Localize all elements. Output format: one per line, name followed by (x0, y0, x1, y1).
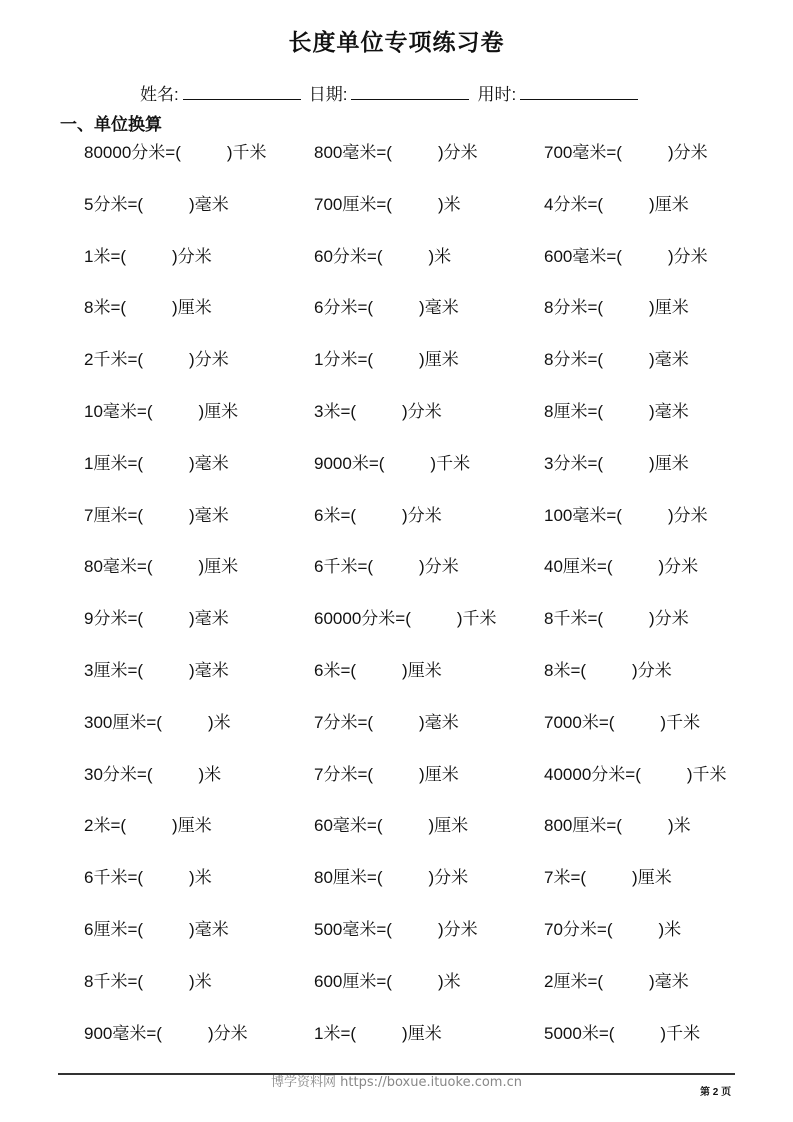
problem-target-unit: )毫米 (189, 656, 229, 681)
problem-row: 5分米=()毫米700厘米=()米4分米=()厘米 (84, 190, 784, 214)
problem-given: 70分米=( (544, 915, 613, 940)
problem-target-unit: )厘米 (649, 449, 689, 474)
conversion-problem: 8千米=()分米 (544, 604, 689, 629)
problem-given: 600毫米=( (544, 242, 622, 267)
problem-given: 9分米=( (84, 604, 143, 629)
answer-blank[interactable] (392, 190, 438, 215)
conversion-problem: 40厘米=()分米 (544, 552, 698, 577)
answer-blank[interactable] (373, 345, 419, 370)
conversion-problem: 8厘米=()毫米 (544, 397, 689, 422)
problem-given: 40000分米=( (544, 760, 641, 785)
name-label: 姓名: (140, 80, 179, 105)
problem-given: 7000米=( (544, 708, 614, 733)
problem-target-unit: )千米 (687, 760, 727, 785)
problem-given: 8米=( (84, 293, 126, 318)
answer-blank[interactable] (356, 397, 402, 422)
answer-blank[interactable] (153, 397, 199, 422)
problem-given: 80毫米=( (84, 552, 153, 577)
conversion-problem: 10毫米=()厘米 (84, 397, 238, 422)
conversion-problem: 1米=()厘米 (314, 1019, 442, 1044)
problem-given: 2厘米=( (544, 967, 603, 992)
problem-target-unit: )千米 (430, 449, 470, 474)
answer-blank[interactable] (614, 1019, 660, 1044)
answer-blank[interactable] (392, 138, 438, 163)
problem-given: 1米=( (84, 242, 126, 267)
problem-given: 60000分米=( (314, 604, 411, 629)
conversion-problem: 60分米=()米 (314, 242, 451, 267)
problem-given: 8千米=( (84, 967, 143, 992)
answer-blank[interactable] (392, 967, 438, 992)
conversion-problem: 600厘米=()米 (314, 967, 461, 992)
problem-given: 6米=( (314, 501, 356, 526)
problem-target-unit: )分米 (189, 345, 229, 370)
problem-target-unit: )千米 (660, 708, 700, 733)
problem-target-unit: )分米 (632, 656, 672, 681)
conversion-problem: 8千米=()米 (84, 967, 212, 992)
problem-given: 7米=( (544, 863, 586, 888)
date-blank[interactable] (351, 85, 469, 100)
problem-target-unit: )千米 (227, 138, 267, 163)
answer-blank[interactable] (603, 967, 649, 992)
problem-given: 300厘米=( (84, 708, 162, 733)
answer-blank[interactable] (373, 552, 419, 577)
conversion-problem: 5分米=()毫米 (84, 190, 229, 215)
conversion-problem: 300厘米=()米 (84, 708, 231, 733)
conversion-problem: 9分米=()毫米 (84, 604, 229, 629)
answer-blank[interactable] (603, 604, 649, 629)
answer-blank[interactable] (613, 915, 659, 940)
problem-target-unit: )厘米 (172, 293, 212, 318)
conversion-problem: 3米=()分米 (314, 397, 442, 422)
problem-target-unit: )毫米 (189, 604, 229, 629)
answer-blank[interactable] (162, 708, 208, 733)
problem-given: 7厘米=( (84, 501, 143, 526)
answer-blank[interactable] (383, 863, 429, 888)
problem-target-unit: )千米 (457, 604, 497, 629)
conversion-problem: 40000分米=()千米 (544, 760, 727, 785)
problem-given: 6千米=( (84, 863, 143, 888)
answer-blank[interactable] (373, 293, 419, 318)
conversion-problem: 7分米=()毫米 (314, 708, 459, 733)
problem-row: 30分米=()米7分米=()厘米40000分米=()千米 (84, 760, 784, 784)
answer-blank[interactable] (356, 1019, 402, 1044)
conversion-problem: 7分米=()厘米 (314, 760, 459, 785)
answer-blank[interactable] (143, 967, 189, 992)
problem-target-unit: )毫米 (419, 708, 459, 733)
problem-target-unit: )米 (438, 967, 461, 992)
answer-blank[interactable] (384, 449, 430, 474)
answer-blank[interactable] (181, 138, 227, 163)
conversion-problem: 7米=()厘米 (544, 863, 672, 888)
conversion-problem: 70分米=()米 (544, 915, 681, 940)
problem-given: 60毫米=( (314, 811, 383, 836)
problem-target-unit: )毫米 (189, 501, 229, 526)
problem-target-unit: )厘米 (429, 811, 469, 836)
answer-blank[interactable] (603, 449, 649, 474)
conversion-problem: 80000分米=()千米 (84, 138, 267, 163)
answer-blank[interactable] (143, 863, 189, 888)
answer-blank[interactable] (126, 293, 172, 318)
problem-target-unit: )厘米 (402, 656, 442, 681)
conversion-problem: 5000米=()千米 (544, 1019, 700, 1044)
answer-blank[interactable] (143, 604, 189, 629)
problem-given: 80厘米=( (314, 863, 383, 888)
problem-given: 7分米=( (314, 708, 373, 733)
conversion-problem: 900毫米=()分米 (84, 1019, 248, 1044)
problem-row: 6厘米=()毫米500毫米=()分米70分米=()米 (84, 915, 784, 939)
problem-given: 800毫米=( (314, 138, 392, 163)
problem-target-unit: )分米 (649, 604, 689, 629)
conversion-problem: 8米=()分米 (544, 656, 672, 681)
problem-given: 3厘米=( (84, 656, 143, 681)
section-heading: 一、单位换算 (60, 110, 162, 135)
problem-given: 1分米=( (314, 345, 373, 370)
conversion-problem: 1厘米=()毫米 (84, 449, 229, 474)
problem-row: 1厘米=()毫米9000米=()千米3分米=()厘米 (84, 449, 784, 473)
answer-blank[interactable] (603, 345, 649, 370)
conversion-problem: 6厘米=()毫米 (84, 915, 229, 940)
answer-blank[interactable] (143, 190, 189, 215)
answer-blank[interactable] (622, 501, 668, 526)
problem-target-unit: )厘米 (632, 863, 672, 888)
problem-row: 3厘米=()毫米6米=()厘米8米=()分米 (84, 656, 784, 680)
problem-target-unit: )分米 (438, 138, 478, 163)
answer-blank[interactable] (641, 760, 687, 785)
answer-blank[interactable] (622, 242, 668, 267)
problem-given: 8分米=( (544, 345, 603, 370)
problem-row: 7厘米=()毫米6米=()分米100毫米=()分米 (84, 501, 784, 525)
conversion-problem: 60毫米=()厘米 (314, 811, 468, 836)
conversion-problem: 6千米=()米 (84, 863, 212, 888)
answer-blank[interactable] (603, 397, 649, 422)
problem-given: 10毫米=( (84, 397, 153, 422)
answer-blank[interactable] (383, 242, 429, 267)
answer-blank[interactable] (356, 656, 402, 681)
conversion-problem: 800厘米=()米 (544, 811, 691, 836)
problem-given: 1米=( (314, 1019, 356, 1044)
problem-row: 2米=()厘米60毫米=()厘米800厘米=()米 (84, 811, 784, 835)
conversion-problem: 700毫米=()分米 (544, 138, 708, 163)
problem-target-unit: )分米 (402, 501, 442, 526)
answer-blank[interactable] (356, 501, 402, 526)
answer-blank[interactable] (143, 656, 189, 681)
answer-blank[interactable] (126, 242, 172, 267)
problem-target-unit: )毫米 (649, 967, 689, 992)
problem-given: 6厘米=( (84, 915, 143, 940)
problem-target-unit: )米 (429, 242, 452, 267)
conversion-problem: 7000米=()千米 (544, 708, 700, 733)
problem-given: 9000米=( (314, 449, 384, 474)
problem-given: 8米=( (544, 656, 586, 681)
problem-row: 80000分米=()千米800毫米=()分米700毫米=()分米 (84, 138, 784, 162)
time-blank[interactable] (520, 85, 638, 100)
conversion-problem: 8米=()厘米 (84, 293, 212, 318)
answer-blank[interactable] (622, 138, 668, 163)
conversion-problem: 500毫米=()分米 (314, 915, 478, 940)
conversion-problem: 6米=()厘米 (314, 656, 442, 681)
problem-row: 900毫米=()分米1米=()厘米5000米=()千米 (84, 1019, 784, 1043)
conversion-problem: 2厘米=()毫米 (544, 967, 689, 992)
problem-target-unit: )分米 (172, 242, 212, 267)
page-number: 第 2 页 (700, 1083, 731, 1098)
problem-given: 80000分米=( (84, 138, 181, 163)
conversion-problem: 80厘米=()分米 (314, 863, 468, 888)
problem-row: 80毫米=()厘米6千米=()分米40厘米=()分米 (84, 552, 784, 576)
problem-given: 700厘米=( (314, 190, 392, 215)
problem-target-unit: )厘米 (199, 552, 239, 577)
date-label: 日期: (309, 80, 348, 105)
problem-target-unit: )分米 (208, 1019, 248, 1044)
problem-target-unit: )厘米 (402, 1019, 442, 1044)
conversion-problem: 600毫米=()分米 (544, 242, 708, 267)
answer-blank[interactable] (613, 552, 659, 577)
problem-row: 300厘米=()米7分米=()毫米7000米=()千米 (84, 708, 784, 732)
problem-row: 8千米=()米600厘米=()米2厘米=()毫米 (84, 967, 784, 991)
problem-target-unit: )毫米 (649, 397, 689, 422)
answer-blank[interactable] (143, 915, 189, 940)
problem-target-unit: )厘米 (172, 811, 212, 836)
problem-row: 6千米=()米80厘米=()分米7米=()厘米 (84, 863, 784, 887)
problem-target-unit: )千米 (660, 1019, 700, 1044)
answer-blank[interactable] (392, 915, 438, 940)
problem-given: 100毫米=( (544, 501, 622, 526)
answer-blank[interactable] (373, 760, 419, 785)
answer-blank[interactable] (143, 449, 189, 474)
problem-given: 8千米=( (544, 604, 603, 629)
problem-target-unit: )毫米 (419, 293, 459, 318)
problem-given: 3分米=( (544, 449, 603, 474)
answer-blank[interactable] (143, 345, 189, 370)
problem-given: 900毫米=( (84, 1019, 162, 1044)
conversion-problem: 2米=()厘米 (84, 811, 212, 836)
watermark: 博学资料网 https://boxue.ituoke.com.cn (0, 1071, 793, 1090)
conversion-problem: 800毫米=()分米 (314, 138, 478, 163)
conversion-problem: 6分米=()毫米 (314, 293, 459, 318)
problem-row: 1米=()分米60分米=()米600毫米=()分米 (84, 242, 784, 266)
problem-target-unit: )米 (668, 811, 691, 836)
problem-given: 700毫米=( (544, 138, 622, 163)
problem-row: 2千米=()分米1分米=()厘米8分米=()毫米 (84, 345, 784, 369)
answer-blank[interactable] (373, 708, 419, 733)
conversion-problem: 3厘米=()毫米 (84, 656, 229, 681)
problem-target-unit: )厘米 (649, 293, 689, 318)
conversion-problem: 6千米=()分米 (314, 552, 459, 577)
problem-given: 8厘米=( (544, 397, 603, 422)
problem-given: 5分米=( (84, 190, 143, 215)
problem-given: 4分米=( (544, 190, 603, 215)
problem-target-unit: )厘米 (419, 345, 459, 370)
problem-target-unit: )分米 (668, 242, 708, 267)
problem-target-unit: )米 (199, 760, 222, 785)
problem-target-unit: )毫米 (189, 190, 229, 215)
answer-blank[interactable] (126, 811, 172, 836)
conversion-problem: 7厘米=()毫米 (84, 501, 229, 526)
conversion-problem: 6米=()分米 (314, 501, 442, 526)
problem-given: 800厘米=( (544, 811, 622, 836)
problem-target-unit: )厘米 (419, 760, 459, 785)
problem-given: 6千米=( (314, 552, 373, 577)
problem-given: 6分米=( (314, 293, 373, 318)
problem-target-unit: )米 (189, 863, 212, 888)
problem-target-unit: )分米 (429, 863, 469, 888)
problem-target-unit: )分米 (402, 397, 442, 422)
problem-target-unit: )厘米 (199, 397, 239, 422)
problem-target-unit: )分米 (419, 552, 459, 577)
answer-blank[interactable] (411, 604, 457, 629)
conversion-problem: 60000分米=()千米 (314, 604, 497, 629)
problem-given: 2千米=( (84, 345, 143, 370)
problem-given: 60分米=( (314, 242, 383, 267)
problem-target-unit: )分米 (668, 501, 708, 526)
problem-given: 6米=( (314, 656, 356, 681)
conversion-problem: 700厘米=()米 (314, 190, 461, 215)
answer-blank[interactable] (383, 811, 429, 836)
conversion-problem: 8分米=()毫米 (544, 345, 689, 370)
problem-row: 9分米=()毫米60000分米=()千米8千米=()分米 (84, 604, 784, 628)
conversion-problem: 100毫米=()分米 (544, 501, 708, 526)
problem-target-unit: )分米 (438, 915, 478, 940)
problem-row: 8米=()厘米6分米=()毫米8分米=()厘米 (84, 293, 784, 317)
answer-blank[interactable] (162, 1019, 208, 1044)
problem-given: 8分米=( (544, 293, 603, 318)
answer-blank[interactable] (622, 811, 668, 836)
problem-given: 5000米=( (544, 1019, 614, 1044)
problem-given: 2米=( (84, 811, 126, 836)
answer-blank[interactable] (153, 552, 199, 577)
answer-blank[interactable] (586, 656, 632, 681)
answer-blank[interactable] (603, 293, 649, 318)
answer-blank[interactable] (586, 863, 632, 888)
conversion-problem: 9000米=()千米 (314, 449, 470, 474)
time-label: 用时: (477, 80, 516, 105)
problem-given: 7分米=( (314, 760, 373, 785)
problem-given: 3米=( (314, 397, 356, 422)
name-blank[interactable] (183, 85, 301, 100)
answer-blank[interactable] (143, 501, 189, 526)
answer-blank[interactable] (603, 190, 649, 215)
conversion-problem: 30分米=()米 (84, 760, 221, 785)
page-title: 长度单位专项练习卷 (0, 24, 793, 57)
problem-target-unit: )米 (659, 915, 682, 940)
conversion-problem: 1米=()分米 (84, 242, 212, 267)
answer-blank[interactable] (153, 760, 199, 785)
problem-target-unit: )分米 (668, 138, 708, 163)
conversion-problem: 8分米=()厘米 (544, 293, 689, 318)
answer-blank[interactable] (614, 708, 660, 733)
problem-given: 600厘米=( (314, 967, 392, 992)
problem-target-unit: )毫米 (189, 915, 229, 940)
conversion-problem: 4分米=()厘米 (544, 190, 689, 215)
problem-given: 1厘米=( (84, 449, 143, 474)
problem-target-unit: )厘米 (649, 190, 689, 215)
problem-target-unit: )毫米 (189, 449, 229, 474)
problem-row: 10毫米=()厘米3米=()分米8厘米=()毫米 (84, 397, 784, 421)
student-info: 姓名: 日期: 用时: (140, 80, 646, 105)
conversion-problem: 80毫米=()厘米 (84, 552, 238, 577)
problem-target-unit: )分米 (659, 552, 699, 577)
problem-target-unit: )米 (438, 190, 461, 215)
problem-target-unit: )米 (189, 967, 212, 992)
problem-given: 500毫米=( (314, 915, 392, 940)
conversion-problem: 1分米=()厘米 (314, 345, 459, 370)
problem-target-unit: )米 (208, 708, 231, 733)
conversion-problem: 2千米=()分米 (84, 345, 229, 370)
conversion-problem: 3分米=()厘米 (544, 449, 689, 474)
problem-given: 40厘米=( (544, 552, 613, 577)
problem-given: 30分米=( (84, 760, 153, 785)
problem-target-unit: )毫米 (649, 345, 689, 370)
